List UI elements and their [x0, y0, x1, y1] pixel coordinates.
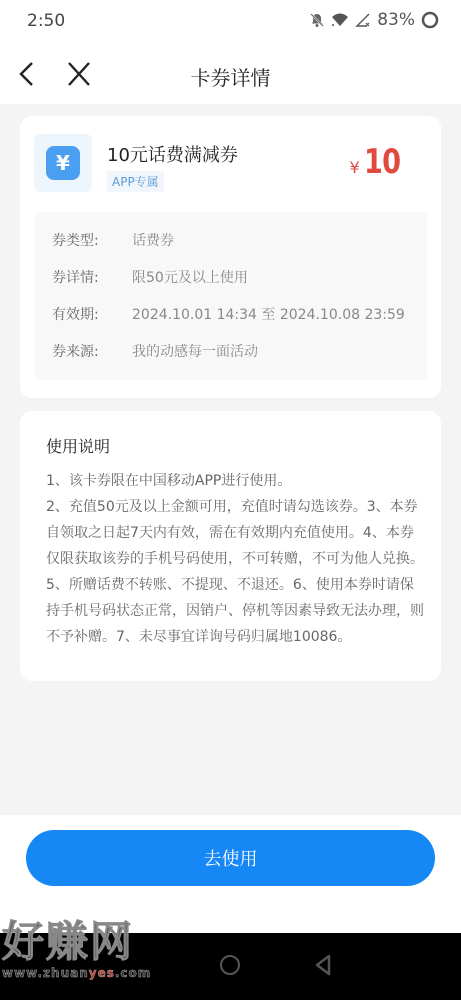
watermark-url-suffix: .com	[115, 966, 151, 980]
currency-symbol: ¥	[349, 158, 359, 177]
watermark-url: www.zhuanyes.com	[2, 966, 192, 980]
coupon-value: ¥ 10	[349, 142, 409, 182]
coupon-details: 券类型: 话费券 券详情: 限50元及以上使用 有效期: 2024.10.01 …	[34, 212, 427, 380]
detail-label: 有效期:	[52, 304, 132, 324]
detail-label: 券来源:	[52, 341, 132, 361]
watermark-title: 好赚网	[2, 918, 192, 966]
detail-value: 限50元及以上使用	[132, 267, 248, 287]
coupon-amount: 10	[364, 142, 400, 182]
usage-title: 使用说明	[46, 434, 110, 457]
home-circle-icon[interactable]	[220, 955, 240, 975]
coupon-icon-container: ¥	[34, 134, 92, 192]
bell-muted-icon	[309, 12, 325, 28]
status-icons: 83%	[309, 10, 439, 30]
detail-value: 我的动感每一面活动	[132, 341, 258, 361]
detail-value: 2024.10.01 14:34 至 2024.10.08 23:59	[132, 304, 405, 324]
detail-label: 券详情:	[52, 267, 132, 287]
bottom-action-bar: 去使用	[0, 815, 461, 933]
detail-value: 话费券	[132, 230, 174, 250]
detail-row-source: 券来源: 我的动感每一面活动	[52, 341, 258, 361]
use-coupon-button[interactable]: 去使用	[26, 830, 435, 886]
nav-bar: 卡券详情	[0, 44, 461, 104]
battery-text: 83%	[377, 10, 415, 30]
usage-text: 1、该卡券限在中国移动APP进行使用。 2、充值50元及以上金额可用，充值时请勾…	[46, 468, 426, 650]
coupon-card: ¥ 10元话费满减券 APP专属 ¥ 10 券类型: 话费券 券详情: 限50元…	[20, 116, 441, 398]
detail-row-validity: 有效期: 2024.10.01 14:34 至 2024.10.08 23:59	[52, 304, 405, 324]
detail-row-detail: 券详情: 限50元及以上使用	[52, 267, 248, 287]
watermark: 好赚网 www.zhuanyes.com	[2, 918, 192, 982]
watermark-url-prefix: www.zhuan	[2, 966, 89, 980]
battery-ring-icon	[421, 11, 439, 29]
page-title: 卡券详情	[0, 62, 461, 91]
app-exclusive-badge: APP专属	[107, 171, 164, 192]
detail-row-type: 券类型: 话费券	[52, 230, 174, 250]
back-triangle-icon[interactable]	[313, 953, 333, 981]
wifi-icon	[331, 12, 349, 28]
watermark-url-highlight: yes	[89, 966, 115, 980]
status-bar: 2:50 83%	[0, 0, 461, 44]
coupon-name: 10元话费满减券	[107, 141, 238, 167]
yuan-icon: ¥	[46, 146, 80, 180]
signal-no-service-icon	[355, 12, 371, 28]
status-time: 2:50	[27, 11, 65, 31]
usage-instructions-card: 使用说明 1、该卡券限在中国移动APP进行使用。 2、充值50元及以上金额可用，…	[20, 411, 441, 681]
detail-label: 券类型:	[52, 230, 132, 250]
